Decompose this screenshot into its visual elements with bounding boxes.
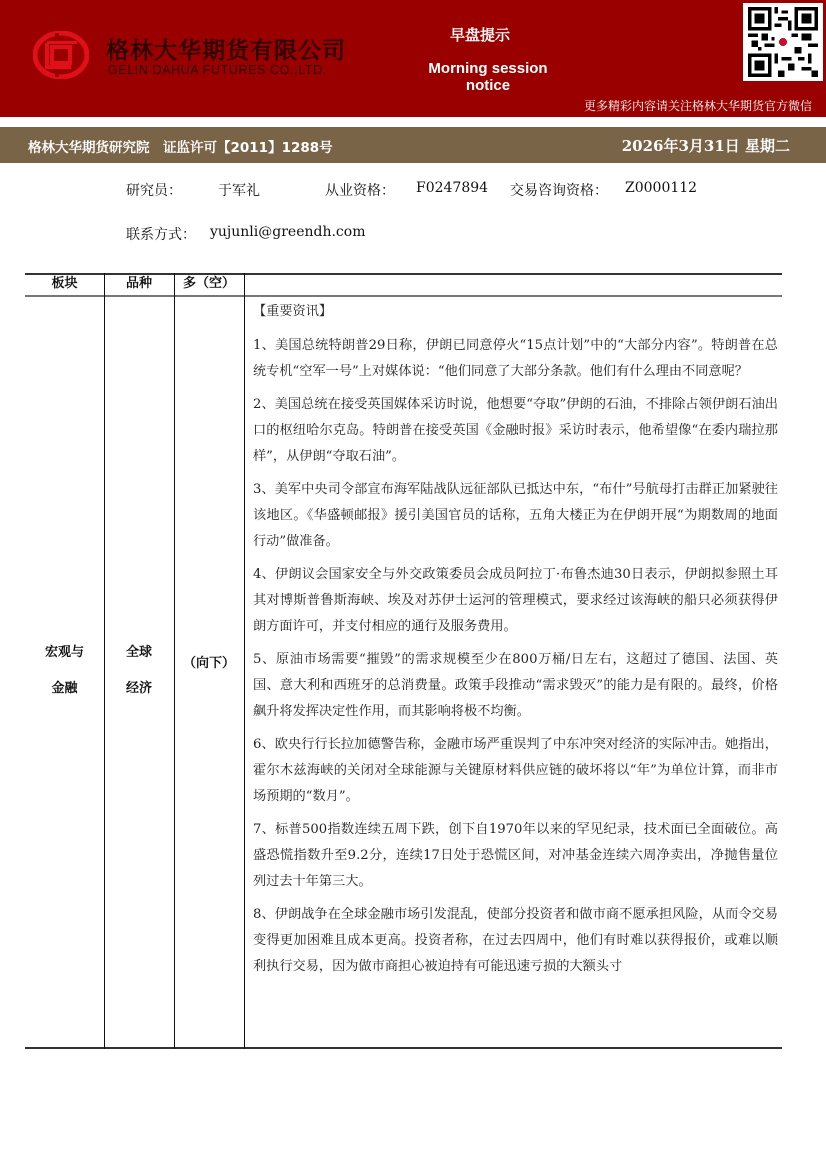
contact-label: 联系方式： — [126, 224, 196, 244]
header-direction: 多（空） — [174, 273, 244, 295]
contact-email[interactable]: yujunli@greendh.com — [210, 224, 365, 240]
company-name-cn: 格林大华期货有限公司 — [106, 32, 346, 65]
report-title-cn: 早盘提示 — [440, 24, 520, 45]
variety-line-2: 经济 — [104, 671, 174, 707]
section-tag: 【重要资讯】 — [253, 299, 778, 325]
news-item-5: 5、原油市场需要“摧毁”的需求规模至少在800万桶/日左右，这超过了德国、法国、… — [253, 647, 778, 725]
header-sector: 板块 — [25, 273, 104, 295]
consult-number: Z0000112 — [625, 180, 697, 196]
news-item-8: 8、伊朗战争在全球金融市场引发混乱，使部分投资者和做市商不愿承担风险，从而令交易… — [253, 902, 778, 980]
sector-cell: 宏观与 金融 — [25, 635, 104, 707]
company-logo-icon — [33, 31, 89, 79]
table-bottom-rule — [25, 1047, 782, 1049]
institute-license: 格林大华期货研究院 证监许可【2011】1288号 — [28, 136, 333, 156]
sector-line-1: 宏观与 — [25, 635, 104, 671]
news-item-4: 4、伊朗议会国家安全与外交政策委员会成员阿拉丁·布鲁杰迪30日表示，伊朗拟参照土… — [253, 562, 778, 640]
news-item-2: 2、美国总统在接受英国媒体采访时说，他想要“夺取”伊朗的石油，不排除占领伊朗石油… — [253, 392, 778, 470]
news-item-6: 6、欧央行行长拉加德警告称，金融市场严重误判了中东冲突对经济的实际冲击。她指出，… — [253, 732, 778, 810]
news-item-3: 3、美军中央司令部宣布海军陆战队远征部队已抵达中东，“布什”号航母打击群正加紧驶… — [253, 477, 778, 555]
institute-bar: 格林大华期货研究院 证监许可【2011】1288号 2026年3月31日 星期二 — [0, 127, 826, 163]
wechat-follow-note: 更多精彩内容请关注格林大华期货官方微信 — [584, 97, 812, 114]
qualification-label: 从业资格： — [325, 180, 395, 200]
qualification-number: F0247894 — [416, 180, 488, 196]
sector-line-2: 金融 — [25, 671, 104, 707]
header-content — [244, 273, 782, 295]
header-banner: 格林大华期货有限公司 GELIN DAHUA FUTURES CO.,LTD. … — [0, 0, 826, 117]
researcher-name: 于军礼 — [218, 180, 260, 200]
outlook-table: 板块 品种 多（空） 宏观与 金融 全球 经济 （向下） 【重要资讯】 1、美国… — [25, 273, 782, 1049]
news-item-1: 1、美国总统特朗普29日称，伊朗已同意停火“15点计划”中的“大部分内容”。特朗… — [253, 333, 778, 385]
report-date: 2026年3月31日 星期二 — [622, 135, 790, 156]
column-divider — [244, 273, 245, 1049]
qr-code-icon — [743, 3, 823, 81]
direction-cell: （向下） — [174, 646, 244, 682]
header-variety: 品种 — [104, 273, 174, 295]
researcher-label: 研究员： — [126, 180, 182, 200]
table-header-rule — [25, 295, 782, 297]
news-content: 【重要资讯】 1、美国总统特朗普29日称，伊朗已同意停火“15点计划”中的“大部… — [253, 299, 778, 987]
report-title-en: Morning session notice — [405, 60, 571, 94]
variety-cell: 全球 经济 — [104, 635, 174, 707]
news-item-7: 7、标普500指数连续五周下跌，创下自1970年以来的罕见纪录，技术面已全面破位… — [253, 817, 778, 895]
company-name-en: GELIN DAHUA FUTURES CO.,LTD. — [108, 63, 327, 77]
variety-line-1: 全球 — [104, 635, 174, 671]
consult-label: 交易咨询资格： — [510, 180, 608, 200]
